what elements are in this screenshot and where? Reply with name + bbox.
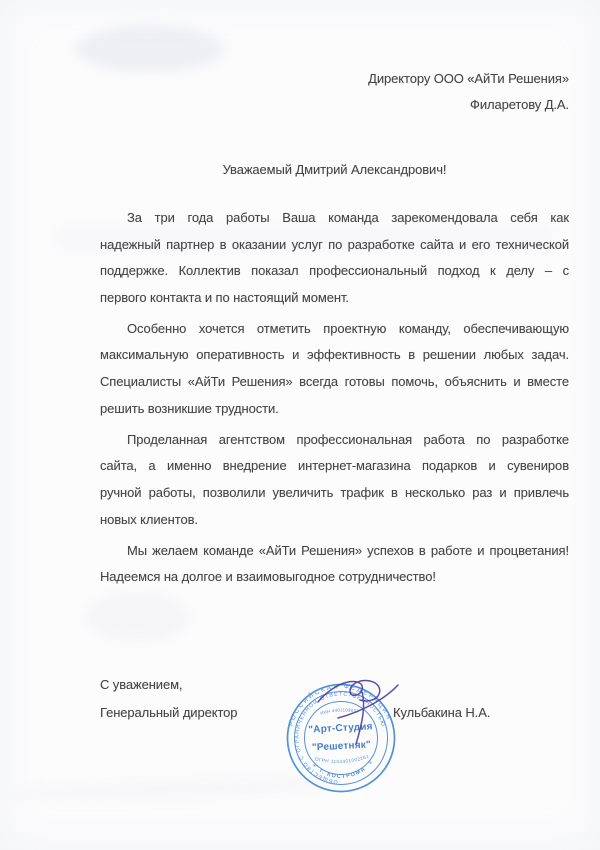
scanned-letter-page: Директору ООО «АйТи Решения» Филаретову … [0, 0, 600, 850]
letter-body: За три года работы Ваша команда зарекоме… [100, 205, 569, 595]
recipient-line-2: Филаретову Д.А. [368, 92, 569, 118]
stamp-ogrn-text: ОГРН 1104401002281 [314, 754, 370, 766]
body-line: решить возникшие трудности. [100, 396, 569, 423]
body-line: надежный партнер в оказании услуг по раз… [100, 232, 569, 259]
body-line: Особенно хочется отметить проектную кома… [100, 316, 569, 343]
closing-block: С уважением, Генеральный директор [100, 671, 237, 726]
body-line: поддержке. Коллектив показал профессиона… [100, 258, 569, 285]
scan-artifact [85, 592, 190, 642]
paragraph-3: Проделанная агентством профессиональная … [100, 427, 569, 533]
svg-text:✳: ✳ [367, 759, 375, 767]
signature-ink [300, 672, 410, 752]
body-line: Мы желаем команде «АйТи Решения» успехов… [100, 538, 569, 565]
body-line: За три года работы Ваша команда зарекоме… [100, 205, 569, 232]
svg-text:ОГРН 1104401002281: ОГРН 1104401002281 [314, 754, 370, 766]
body-line: сайта, а именно внедрение интернет-магаз… [100, 453, 569, 480]
body-line: ручной работы, позволили увеличить трафи… [100, 480, 569, 507]
body-line: максимальную оперативность и эффективнос… [100, 342, 569, 369]
signer-title: Генеральный директор [100, 699, 237, 727]
recipient-block: Директору ООО «АйТи Решения» Филаретову … [368, 66, 569, 118]
scan-artifact [75, 26, 225, 72]
paragraph-4: Мы желаем команде «АйТи Решения» успехов… [100, 538, 569, 591]
closing-line: С уважением, [100, 671, 237, 699]
body-line: Специалисты «АйТи Решения» всегда готовы… [100, 369, 569, 396]
stamp-star-right-icon: ✳ [367, 759, 375, 767]
body-line: новых клиентов. [100, 507, 569, 534]
paragraph-1: За три года работы Ваша команда зарекоме… [100, 205, 569, 311]
paragraph-2: Особенно хочется отметить проектную кома… [100, 316, 569, 422]
body-line: Проделанная агентством профессиональная … [100, 427, 569, 454]
body-line: первого контакта и по настоящий момент. [100, 285, 569, 312]
signature-stroke [318, 681, 380, 702]
recipient-line-1: Директору ООО «АйТи Решения» [368, 66, 569, 92]
body-line: Надеемся на долгое и взаимовыгодное сотр… [100, 564, 569, 591]
salutation: Уважаемый Дмитрий Александрович! [100, 157, 569, 183]
